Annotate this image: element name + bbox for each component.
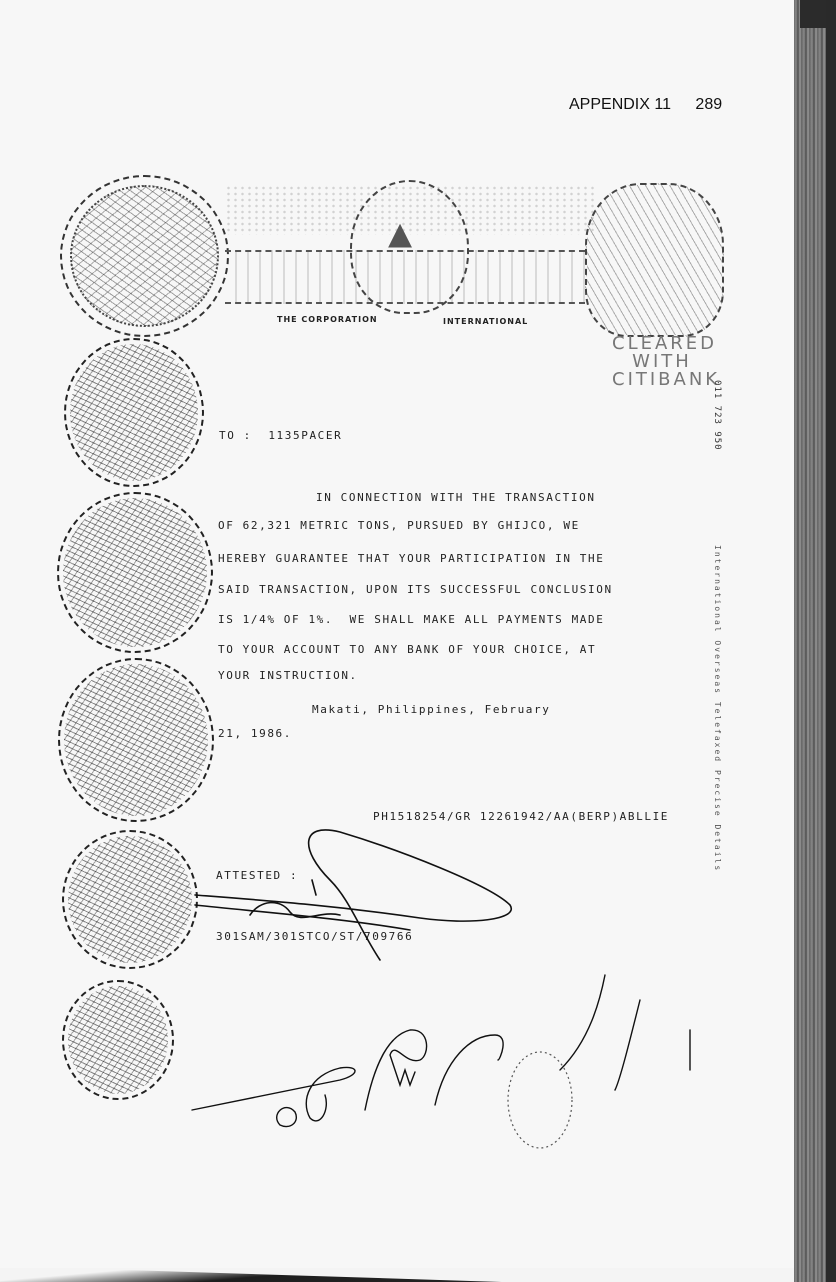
page-number: 289 <box>695 96 722 114</box>
medallion-seal-icon <box>62 830 198 969</box>
attested-code: 301SAM/301STCO/ST/709766 <box>216 930 413 943</box>
medallion-seal-icon <box>64 338 204 487</box>
medallion-seal-icon <box>62 980 174 1100</box>
medallion-seal-icon <box>58 658 214 822</box>
letterhead-banner: THE CORPORATION INTERNATIONAL <box>55 175 725 335</box>
pyramid-crest-icon <box>350 180 469 314</box>
letter-body-line: HEREBY GUARANTEE THAT YOUR PARTICIPATION… <box>218 552 604 565</box>
book-spine-edge <box>826 0 836 1282</box>
letter-body-line: IN CONNECTION WITH THE TRANSACTION <box>316 491 596 504</box>
letter-body-line: YOUR INSTRUCTION. <box>218 669 358 682</box>
letterhead-corporation-text: THE CORPORATION <box>277 315 378 324</box>
letter-body-line: OF 62,321 METRIC TONS, PURSUED BY GHIJCO… <box>218 519 580 532</box>
reference-code: PH1518254/GR 12261942/AA(BERP)ABLLIE <box>373 810 669 823</box>
page-header: APPENDIX 11 289 <box>569 96 722 114</box>
seal-warrior-icon <box>60 175 229 337</box>
appendix-label: APPENDIX 11 <box>569 96 671 114</box>
letter-place-date: Makati, Philippines, February <box>312 703 550 716</box>
letter-recipient: TO : 1135PACER <box>219 429 342 442</box>
medallion-seal-icon <box>57 492 213 653</box>
letter-body-line: TO YOUR ACCOUNT TO ANY BANK OF YOUR CHOI… <box>218 643 596 656</box>
letter-body-line: IS 1/4% OF 1%. WE SHALL MAKE ALL PAYMENT… <box>218 613 604 626</box>
attested-label: ATTESTED : <box>216 869 298 882</box>
vertical-margin-text: International Overseas Telefaxed Precise… <box>713 545 722 872</box>
letter-date: 21, 1986. <box>218 727 292 740</box>
vertical-serial-code: 011 723 950 <box>712 380 722 451</box>
letter-body-line: SAID TRANSACTION, UPON ITS SUCCESSFUL CO… <box>218 583 613 596</box>
letterhead-international-text: INTERNATIONAL <box>443 317 528 326</box>
stamp-line: CITIBANK <box>612 371 712 389</box>
ornate-crest-icon <box>585 183 724 337</box>
cleared-stamp: CLEARED WITH CITIBANK <box>612 335 712 389</box>
